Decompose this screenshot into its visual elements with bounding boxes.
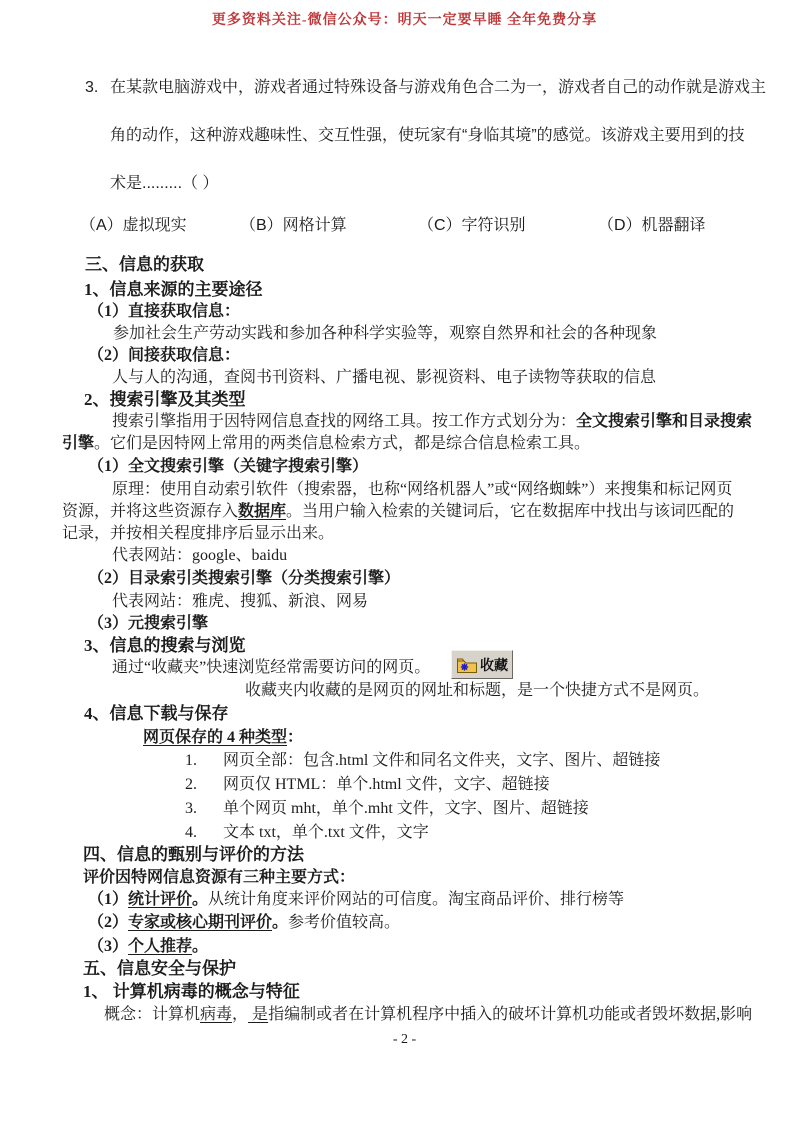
page-number: - 2 -: [0, 1032, 809, 1048]
section-4-heading: 四、信息的甄别与评价的方法: [83, 845, 304, 865]
option-d: （D）机器翻译: [598, 216, 706, 235]
subsection-1-heading: 1、信息来源的主要途径: [84, 280, 263, 300]
virus-heading: 1、 计算机病毒的概念与特征: [83, 982, 300, 1002]
option-c: （C）字符识别: [418, 216, 526, 235]
favorites-button-label: 收藏: [480, 655, 508, 675]
text-line: 1.: [185, 751, 197, 770]
option-b: （B）网格计算: [240, 216, 347, 235]
text-line: 记录，并按相关程度排序后显示出来。: [62, 524, 334, 543]
text-line: （3）个人推荐。: [88, 937, 208, 956]
folder-star-icon: [456, 656, 478, 674]
text-line: 收藏夹内收藏的是网页的网址和标题，是一个快捷方式不是网页。: [245, 681, 709, 700]
promo-header: 更多资料关注-微信公众号：明天一定要早睡 全年免费分享: [0, 9, 809, 29]
option-a: （A）虚拟现实: [80, 216, 187, 235]
question-3-line-2: 角的动作，这种游戏趣味性、交互性强，使玩家有“身临其境”的感觉。该游戏主要用到的…: [110, 126, 745, 145]
text-line: 原理：使用自动索引软件（搜索器，也称“网络机器人”或“网络蜘蛛”）来搜集和标记网…: [112, 480, 732, 499]
text-line: 评价因特网信息资源有三种主要方式：: [83, 868, 355, 887]
text-line: 2.: [185, 775, 197, 794]
text-line: 通过“收藏夹”快速浏览经常需要访问的网页。: [112, 658, 430, 677]
text-line: 4.: [185, 823, 197, 842]
question-3-line-3: 术是.........（ ）: [110, 174, 218, 193]
document-page: 更多资料关注-微信公众号：明天一定要早睡 全年免费分享 3.在某款电脑游戏中，游…: [0, 0, 809, 1122]
text-line: 人与人的沟通，查阅书刊资料、广播电视、影视资料、电子读物等获取的信息: [112, 368, 656, 387]
text-line: 资源，并将这些资源存入数据库。当用户输入检索的关键词后，它在数据库中找出与该词匹…: [62, 502, 734, 521]
section-5-heading: 五、信息安全与保护: [83, 959, 236, 979]
save-type-2: 网页仅 HTML：单个.html 文件，文字、超链接: [223, 775, 550, 794]
subsection-3-heading: 3、信息的搜索与浏览: [84, 636, 246, 656]
text-line: 代表网站：雅虎、搜狐、新浪、网易: [112, 592, 368, 611]
text-line: 网页保存的 4 种类型：: [143, 728, 303, 747]
text-line: 参加社会生产劳动实践和参加各种科学实验等，观察自然界和社会的各种现象: [113, 324, 657, 343]
text-line: （2）间接获取信息：: [88, 346, 240, 365]
text-line: 引擎。它们是因特网上常用的两类信息检索方式，都是综合信息检索工具。: [62, 434, 590, 453]
question-3-line-1: 在某款电脑游戏中，游戏者通过特殊设备与游戏角色合二为一，游戏者自己的动作就是游戏…: [110, 78, 766, 97]
text-line: （1）直接获取信息：: [88, 302, 240, 321]
text-line: （1）统计评价。从统计角度来评价网站的可信度。淘宝商品评价、排行榜等: [88, 890, 624, 909]
text-line: 概念：计算机病毒， 是指编制或者在计算机程序中插入的破坏计算机功能或者毁坏数据,…: [104, 1005, 752, 1024]
favorites-button[interactable]: 收藏: [451, 650, 513, 679]
text-line: 代表网站：google、baidu: [112, 546, 287, 565]
question-3-number: 3.: [85, 78, 98, 97]
text-line: （2）专家或核心期刊评价。参考价值较高。: [88, 913, 400, 932]
section-3-heading: 三、信息的获取: [85, 255, 204, 275]
text-line: （3）元搜索引擎: [88, 614, 208, 633]
save-type-1: 网页全部：包含.html 文件和同名文件夹，文字、图片、超链接: [223, 751, 660, 770]
save-type-4: 文本 txt，单个.txt 文件，文字: [223, 823, 429, 842]
subsection-2-heading: 2、搜索引擎及其类型: [84, 390, 246, 410]
text-line: 3.: [185, 799, 197, 818]
subsection-4-heading: 4、信息下载与保存: [84, 704, 229, 724]
text-line: （1）全文搜索引擎（关键字搜索引擎）: [88, 457, 368, 476]
text-line: 搜索引擎指用于因特网信息查找的网络工具。按工作方式划分为：全文搜索引擎和目录搜索: [112, 412, 752, 431]
text-line: （2）目录索引类搜索引擎（分类搜索引擎）: [88, 569, 400, 588]
save-type-3: 单个网页 mht，单个.mht 文件，文字、图片、超链接: [223, 799, 589, 818]
